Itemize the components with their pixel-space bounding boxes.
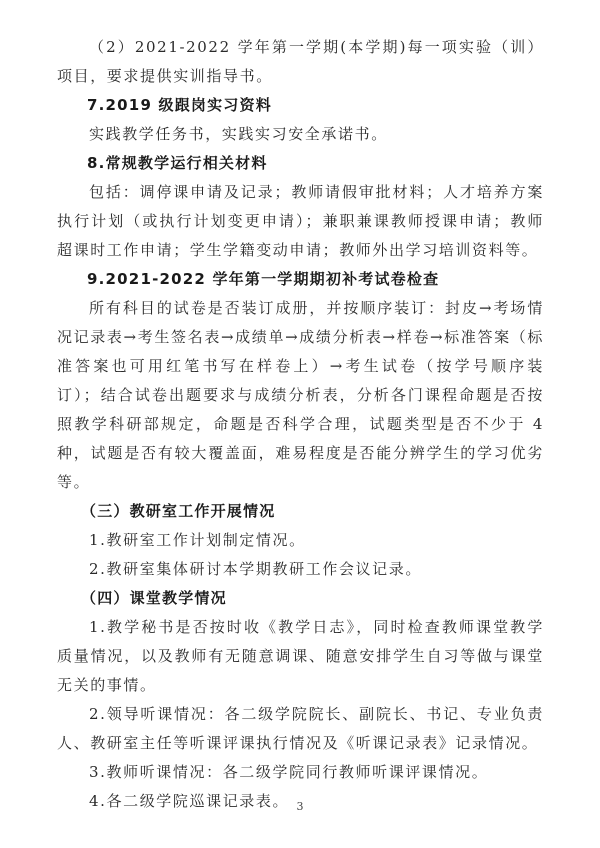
list-item: 1.教学秘书是否按时收《教学日志》，同时检查教师课堂教学质量情况，以及教师有无随… (57, 613, 544, 700)
paragraph-lab-guide: （2）2021-2022 学年第一学期(本学期)每一项实验（训）项目，要求提供实… (57, 33, 544, 91)
subheading-teaching-research: （三）教研室工作开展情况 (57, 497, 544, 526)
heading-routine-teaching: 8.常规教学运行相关材料 (57, 149, 544, 178)
paragraph-exam-check: 所有科目的试卷是否装订成册，并按顺序装订：封皮→考场情况记录表→考生签名表→成绩… (57, 294, 544, 497)
heading-internship-materials: 7.2019 级跟岗实习资料 (57, 91, 544, 120)
list-item: 2.领导听课情况：各二级学院院长、副院长、书记、专业负责人、教研室主任等听课评课… (57, 700, 544, 758)
list-item: 3.教师听课情况：各二级学院同行教师听课评课情况。 (57, 758, 544, 787)
page-number: 3 (0, 800, 600, 813)
list-item: 2.教研室集体研讨本学期教研工作会议记录。 (57, 555, 544, 584)
paragraph-internship: 实践教学任务书，实践实习安全承诺书。 (57, 120, 544, 149)
paragraph-routine-teaching: 包括：调停课申请及记录；教师请假审批材料；人才培养方案执行计划（或执行计划变更申… (57, 178, 544, 265)
document-page: （2）2021-2022 学年第一学期(本学期)每一项实验（训）项目，要求提供实… (57, 33, 544, 816)
heading-makeup-exam-check: 9.2021-2022 学年第一学期期初补考试卷检查 (57, 265, 544, 294)
list-item: 1.教研室工作计划制定情况。 (57, 526, 544, 555)
subheading-classroom-teaching: （四）课堂教学情况 (57, 584, 544, 613)
